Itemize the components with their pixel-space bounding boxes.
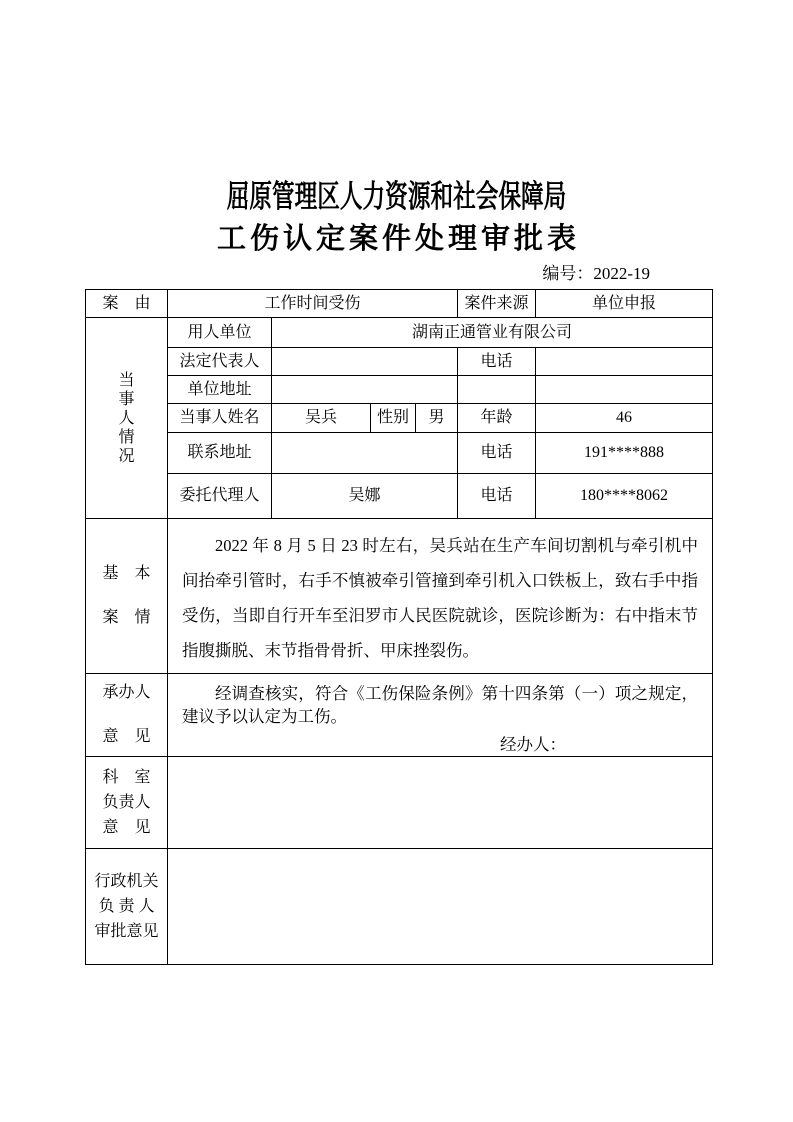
handler-label-line1: 承办人 [86,683,167,703]
case-facts-content-cell: 2022 年 8 月 5 日 23 时左右，吴兵站在生产车间切割机与牵引机中间抬… [168,519,713,674]
admin-label: 行政机关 负 责 人 审批意见 [86,869,167,944]
admin-label-line2: 负 责 人 [86,894,167,919]
section-chief-opinion-cell [168,757,713,849]
admin-label-cell: 行政机关 负 责 人 审批意见 [86,849,168,965]
case-facts-label-line2: 案 情 [86,608,167,628]
party-name-label: 当事人姓名 [168,404,272,433]
unit-address-right-cell [536,376,713,404]
row-agent: 委托代理人 吴娜 电话 180****8062 [86,474,713,519]
case-facts-label-line1: 基 本 [86,564,167,584]
agent-value: 吴娜 [272,474,458,519]
row-handler-opinion: 承办人 意 见 经调查核实，符合《工伤保险条例》第十四条第（一）项之规定，建议予… [86,674,713,757]
case-facts-label-cell: 基 本 案 情 [86,519,168,674]
approval-form-table: 案 由 工作时间受伤 案件来源 单位申报 当事人情况 用人单位 湖南正通管业有限… [85,289,713,965]
unit-address-label: 单位地址 [168,376,272,404]
agency-title-text: 屈原管理区人力资源和社会保障局 [227,181,566,213]
handler-opinion-cell: 经调查核实，符合《工伤保险条例》第十四条第（一）项之规定，建议予以认定为工伤。 … [168,674,713,757]
gender-label: 性别 [371,404,416,433]
legal-rep-phone-label: 电话 [458,348,536,376]
contact-phone-label: 电话 [458,433,536,474]
row-party-name: 当事人姓名 吴兵 性别 男 年龄 46 [86,404,713,433]
handler-label-line2: 意 见 [86,727,167,747]
admin-label-line1: 行政机关 [86,869,167,894]
row-contact-address: 联系地址 电话 191****888 [86,433,713,474]
row-admin-approval: 行政机关 负 责 人 审批意见 [86,849,713,965]
row-section-chief-opinion: 科 室 负责人 意 见 [86,757,713,849]
contact-address-value [272,433,458,474]
gender-value: 男 [416,404,458,433]
case-facts-text: 2022 年 8 月 5 日 23 时左右，吴兵站在生产车间切割机与牵引机中间抬… [182,528,698,668]
serial-number: 编号：2022-19 [85,263,650,285]
case-source-value: 单位申报 [536,290,713,318]
form-title: 工伤认定案件处理审批表 [0,223,793,255]
party-section-label: 当事人情况 [118,371,136,466]
case-facts-label: 基 本 案 情 [86,564,167,628]
employer-label: 用人单位 [168,318,272,348]
section-chief-label-line1: 科 室 [86,765,167,790]
contact-phone-value: 191****888 [536,433,713,474]
legal-rep-label: 法定代表人 [168,348,272,376]
section-chief-label-cell: 科 室 负责人 意 见 [86,757,168,849]
row-legal-rep: 法定代表人 电话 [86,348,713,376]
handler-opinion-text: 经调查核实，符合《工伤保险条例》第十四条第（一）项之规定，建议予以认定为工伤。 [182,682,698,728]
cause-value: 工作时间受伤 [168,290,458,318]
row-employer: 当事人情况 用人单位 湖南正通管业有限公司 [86,318,713,348]
row-unit-address: 单位地址 [86,376,713,404]
contact-address-label: 联系地址 [168,433,272,474]
row-case-facts: 基 本 案 情 2022 年 8 月 5 日 23 时左右，吴兵站在生产车间切割… [86,519,713,674]
party-section-label-cell: 当事人情况 [86,318,168,519]
section-chief-label-line3: 意 见 [86,815,167,840]
admin-label-line3: 审批意见 [86,919,167,944]
cause-label: 案 由 [86,290,168,318]
unit-address-mid-cell [458,376,536,404]
case-source-label: 案件来源 [458,290,536,318]
admin-approval-cell [168,849,713,965]
legal-rep-phone-value [536,348,713,376]
agent-phone-label: 电话 [458,474,536,519]
handler-label-cell: 承办人 意 见 [86,674,168,757]
handler-signer-label: 经办人： [354,733,712,756]
handler-label: 承办人 意 见 [86,683,167,747]
age-value: 46 [536,404,713,433]
party-name-value: 吴兵 [272,404,371,433]
row-cause: 案 由 工作时间受伤 案件来源 单位申报 [86,290,713,318]
section-chief-label: 科 室 负责人 意 见 [86,765,167,840]
agency-title: 屈原管理区人力资源和社会保障局 [0,181,793,213]
section-chief-label-line2: 负责人 [86,790,167,815]
legal-rep-value [272,348,458,376]
unit-address-value [272,376,458,404]
age-label: 年龄 [458,404,536,433]
agent-phone-value: 180****8062 [536,474,713,519]
employer-value: 湖南正通管业有限公司 [272,318,713,348]
agent-label: 委托代理人 [168,474,272,519]
document-page: 屈原管理区人力资源和社会保障局 工伤认定案件处理审批表 编号：2022-19 案… [0,0,793,1122]
